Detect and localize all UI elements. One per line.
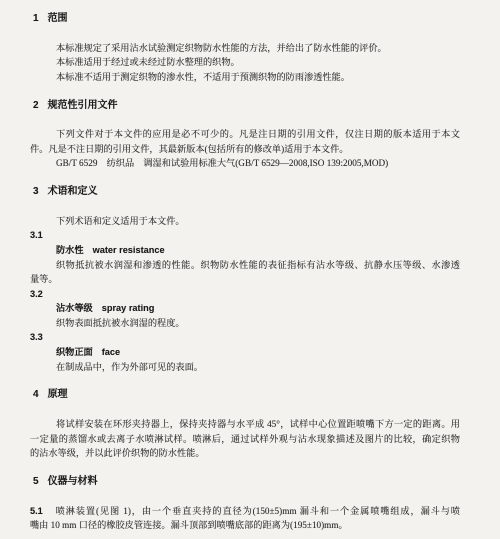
section-5-heading: 5仪器与材料 xyxy=(33,475,460,490)
clause-5-1-line-2: 嘴由 10 mm 口径的橡胶皮管连接。漏斗顶部到喷嘴底部的距离为(195±10)… xyxy=(30,518,460,533)
clause-5-1-line-1: 5.1喷淋装置(见图 1)，由一个垂直夹持的直径为(150±5)mm 漏斗和一个… xyxy=(30,504,460,519)
section-1-line-1: 本标准规定了采用沾水试验测定织物防水性能的方法，并给出了防水性能的评价。 xyxy=(30,41,460,56)
section-3-heading: 3术语和定义 xyxy=(33,185,460,200)
term-3-3-def-line-1: 在制成品中，作为外部可见的表面。 xyxy=(30,360,460,375)
term-3-1-name: 防水性water resistance xyxy=(30,243,460,258)
term-3-1-def-line-1: 织物抵抗被水润湿和渗透的性能。织物防水性能的表征指标有沾水等级、抗静水压等级、水… xyxy=(30,258,460,273)
term-3-1-def-line-2: 量等。 xyxy=(30,272,460,287)
section-5-title: 仪器与材料 xyxy=(48,476,98,487)
section-4-line-1: 将试样安装在环形夹持器上，保持夹持器与水平成 45°，试样中心位置距喷嘴下方一定… xyxy=(30,417,460,432)
section-2-line-2: 件。凡是不注日期的引用文件，其最新版本(包括所有的修改单)适用于本文件。 xyxy=(30,142,460,157)
term-3-2-def-line-1: 织物表面抵抗被水润湿的程度。 xyxy=(30,316,460,331)
term-3-1-zh: 防水性 xyxy=(56,245,84,255)
section-1-line-2: 本标准适用于经过或未经过防水整理的织物。 xyxy=(30,55,460,70)
clause-5-1-number: 5.1 xyxy=(30,506,43,516)
term-3-2-zh: 沾水等级 xyxy=(56,303,93,313)
section-4-line-2: 一定量的蒸馏水或去离子水喷淋试样。喷淋后，通过试样外观与沾水现象描述及图片的比较… xyxy=(30,432,460,447)
section-5-number: 5 xyxy=(33,476,39,487)
section-3-number: 3 xyxy=(33,186,39,197)
document-page: 1范围 本标准规定了采用沾水试验测定织物防水性能的方法，并给出了防水性能的评价。… xyxy=(0,0,500,539)
section-2-heading: 2规范性引用文件 xyxy=(33,99,460,114)
section-2-number: 2 xyxy=(33,100,39,111)
terms-intro: 下列术语和定义适用于本文件。 xyxy=(30,214,460,229)
term-3-1-number: 3.1 xyxy=(30,228,460,243)
term-3-3-en: face xyxy=(102,347,120,357)
section-1-title: 范围 xyxy=(48,13,68,24)
section-2-title: 规范性引用文件 xyxy=(48,100,118,111)
term-3-2-name: 沾水等级spray rating xyxy=(30,301,460,316)
section-3-title: 术语和定义 xyxy=(48,186,98,197)
term-3-2-en: spray rating xyxy=(102,303,155,313)
clause-5-1-text: 喷淋装置(见图 1)，由一个垂直夹持的直径为(150±5)mm 漏斗和一个金属喷… xyxy=(55,506,460,516)
section-1-heading: 1范围 xyxy=(33,12,460,27)
section-1-line-3: 本标准不适用于测定织物的渗水性，不适用于预测织物的防雨渗透性能。 xyxy=(30,70,460,85)
section-2-line-1: 下列文件对于本文件的应用是必不可少的。凡是注日期的引用文件，仅注日期的版本适用于… xyxy=(30,127,460,142)
term-3-2-number: 3.2 xyxy=(30,287,460,302)
term-3-1-en: water resistance xyxy=(93,245,165,255)
section-1-number: 1 xyxy=(33,13,39,24)
section-4-title: 原理 xyxy=(48,389,68,400)
section-4-line-3: 的沾水等级，并以此评价织物的防水性能。 xyxy=(30,446,460,461)
term-3-3-number: 3.3 xyxy=(30,330,460,345)
section-4-heading: 4原理 xyxy=(33,388,460,403)
term-3-3-name: 织物正面face xyxy=(30,345,460,360)
term-3-3-zh: 织物正面 xyxy=(56,347,93,357)
normative-reference-gbt6529: GB/T 6529 纺织品 调湿和试验用标准大气(GB/T 6529—2008,… xyxy=(30,156,460,171)
section-4-number: 4 xyxy=(33,389,39,400)
